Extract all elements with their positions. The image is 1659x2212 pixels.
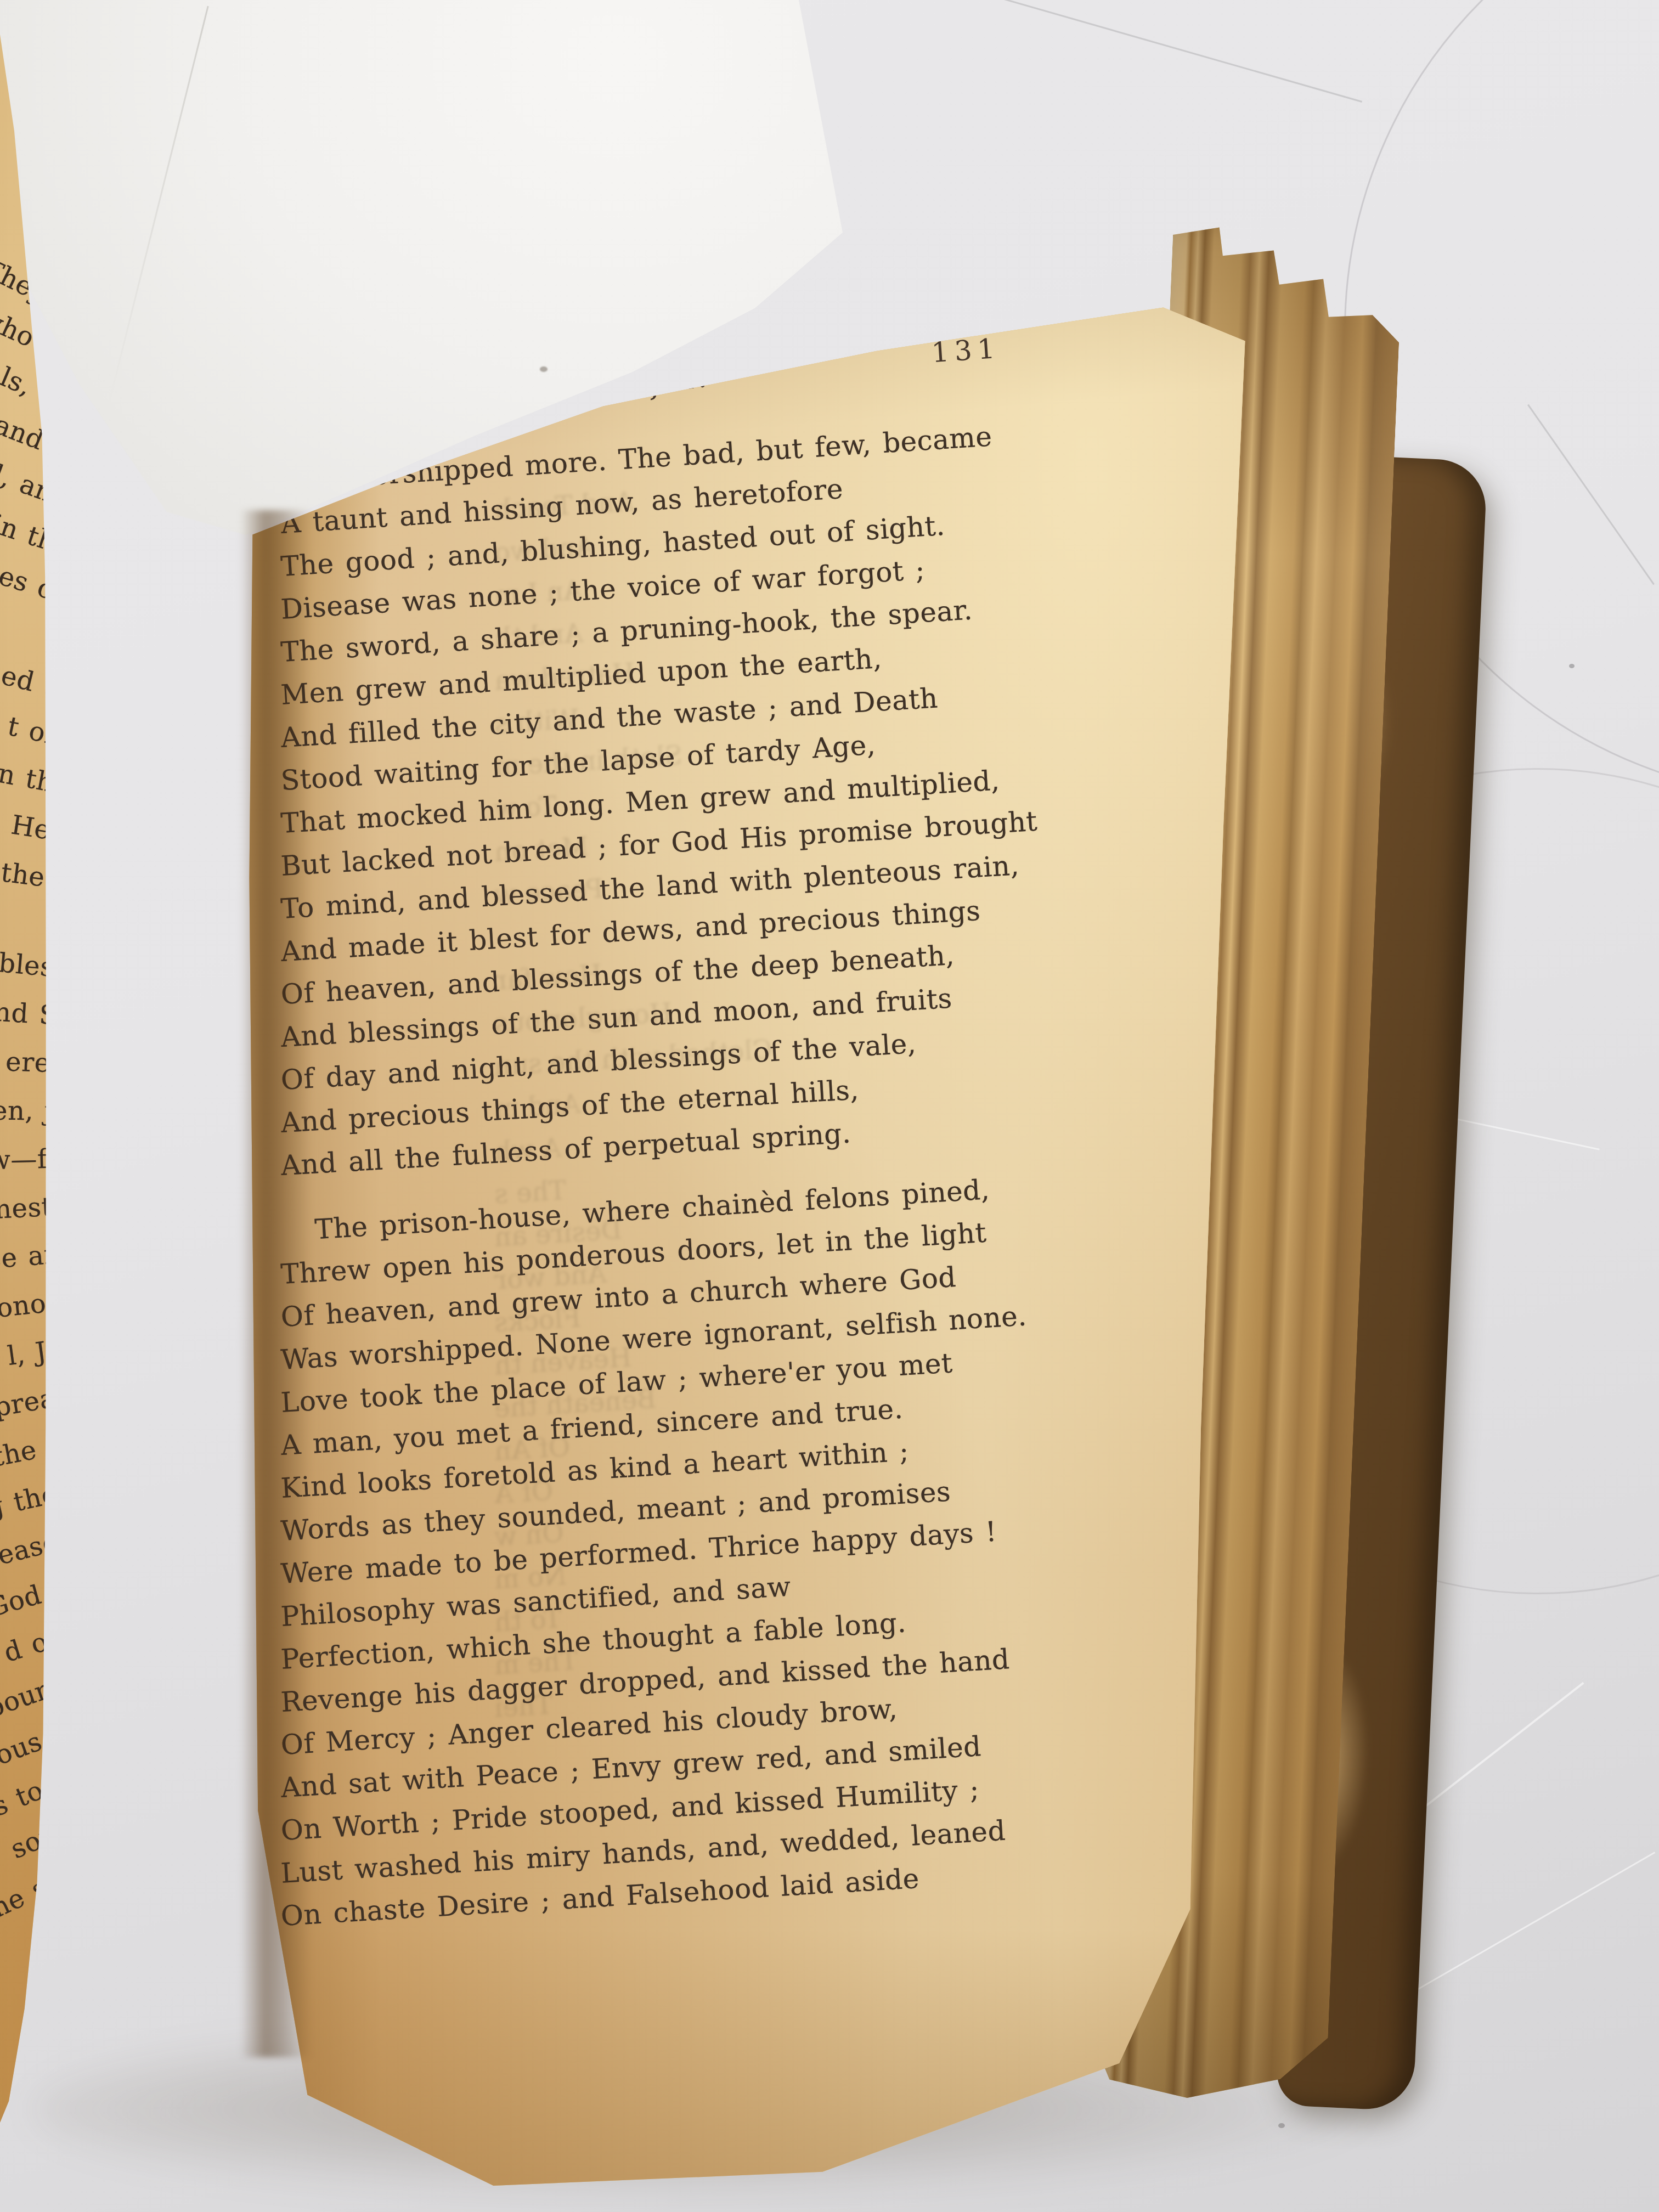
left-text-line: some wicked were,	[0, 1726, 263, 1985]
page-crease	[109, 6, 208, 402]
left-text-line: ow—for in the worst	[0, 1133, 256, 1188]
scratch-line	[1527, 404, 1655, 585]
paper-fleck	[540, 366, 548, 372]
left-text-line: men, judges upright;	[0, 1088, 255, 1133]
book-photo-scene: And TeachAnd woAn I mAnd thHatred waWith…	[0, 0, 1659, 2212]
right-page: And TeachAnd woAn I mAnd thHatred waWith…	[208, 230, 1284, 2205]
page-number: 131	[930, 332, 1001, 369]
gutter-shadow	[240, 510, 312, 2057]
scratch-line	[887, 0, 1362, 103]
poem-stanza: The prison-house, where chainèd felons p…	[281, 1210, 1268, 1938]
left-text-line: thrice blest the man who	[0, 916, 257, 1007]
scratch-line	[1417, 1852, 1656, 1990]
speck	[1569, 664, 1575, 668]
poem-stanza: And worshipped more. The bad, but few, b…	[281, 460, 1268, 1187]
poem-text: And worshipped more. The bad, but few, b…	[281, 460, 1268, 1938]
left-text-line: ere now divorced;	[0, 1031, 256, 1091]
left-text-block: thrice blest the man whourch and State, …	[0, 964, 255, 1852]
